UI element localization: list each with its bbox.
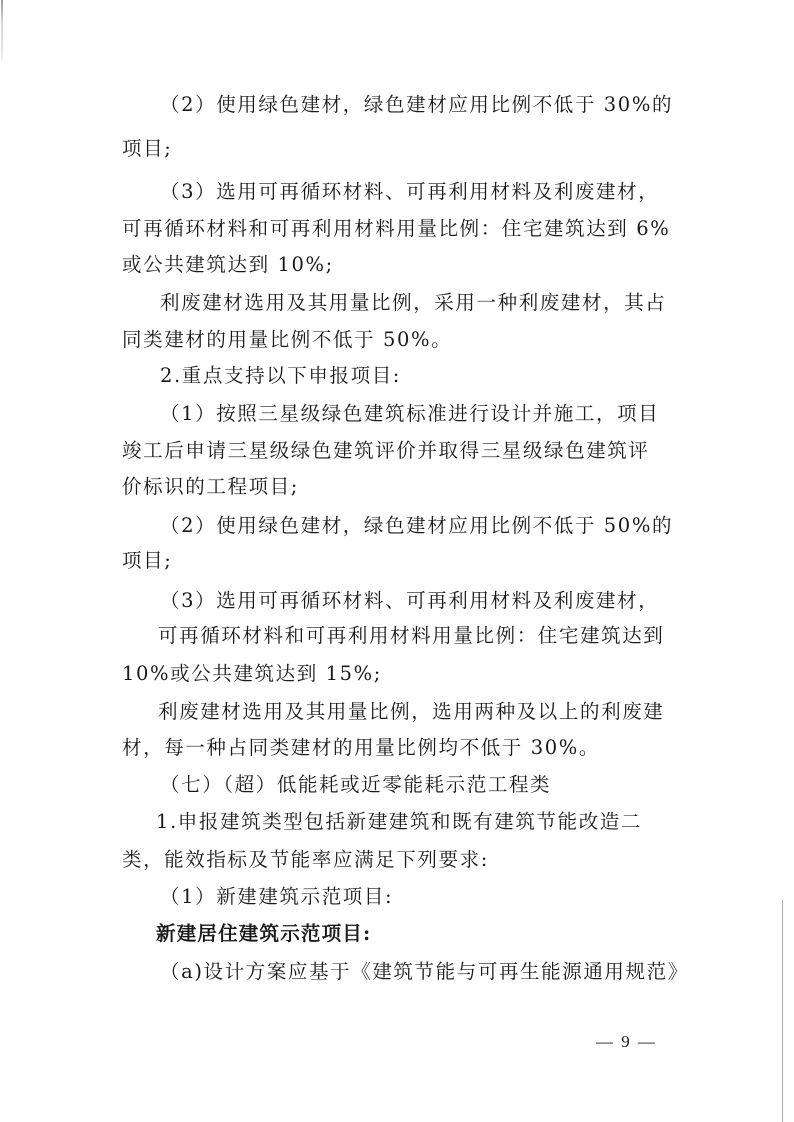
paragraph-line: 竣工后申请三星级绿色建筑评价并取得三星级绿色建筑评 [122,438,650,464]
paragraph-line: （1）新建建筑示范项目: [160,884,393,910]
paragraph-line: 同类建材的用量比例不低于 50%。 [122,327,452,353]
page-number: — 9 — [596,1032,657,1052]
paragraph-line: （3）选用可再循环材料、可再利用材料及利废建材， [160,588,659,614]
paragraph-line: （2）使用绿色建材，绿色建材应用比例不低于 50%的 [160,513,673,539]
paragraph-line: 利废建材选用及其用量比例，选用两种及以上的利废建 [158,699,664,725]
paragraph-line: （1）按照三星级绿色建筑标准进行设计并施工，项目 [160,401,659,427]
paragraph-line: 1.申报建筑类型包括新建建筑和既有建筑节能改造二 [156,809,642,835]
paragraph-line: （a)设计方案应基于《建筑节能与可再生能源通用规范》 [160,959,689,985]
paragraph-line: 可再循环材料和可再利用材料用量比例：住宅建筑达到 6% [122,216,670,242]
section-heading: （七）（超）低能耗或近零能耗示范工程类 [160,772,551,798]
paragraph-line: 材，每一种占同类建材的用量比例均不低于 30%。 [122,735,600,761]
scan-edge-right [782,900,783,1122]
subsection-heading: 新建居住建筑示范项目: [156,921,371,947]
paragraph-line: 利废建材选用及其用量比例，采用一种利废建材，其占 [160,290,666,316]
paragraph-line: 项目; [122,548,172,574]
paragraph-line: （3）选用可再循环材料、可再利用材料及利废建材， [160,179,659,205]
paragraph-line: 项目; [122,136,172,162]
paragraph-line: 10%或公共建筑达到 15%; [122,661,382,687]
paragraph-line: 价标识的工程项目; [122,474,299,500]
paragraph-line: （2）使用绿色建材，绿色建材应用比例不低于 30%的 [160,92,673,118]
paragraph-line: 类，能效指标及节能率应满足下列要求: [122,847,489,873]
paragraph-line: 可再循环材料和可再利用材料用量比例：住宅建筑达到 [158,623,664,649]
scan-edge-left [1,0,3,60]
paragraph-line: 或公共建筑达到 10%; [122,252,334,278]
section-heading: 2.重点支持以下申报项目: [160,363,401,389]
